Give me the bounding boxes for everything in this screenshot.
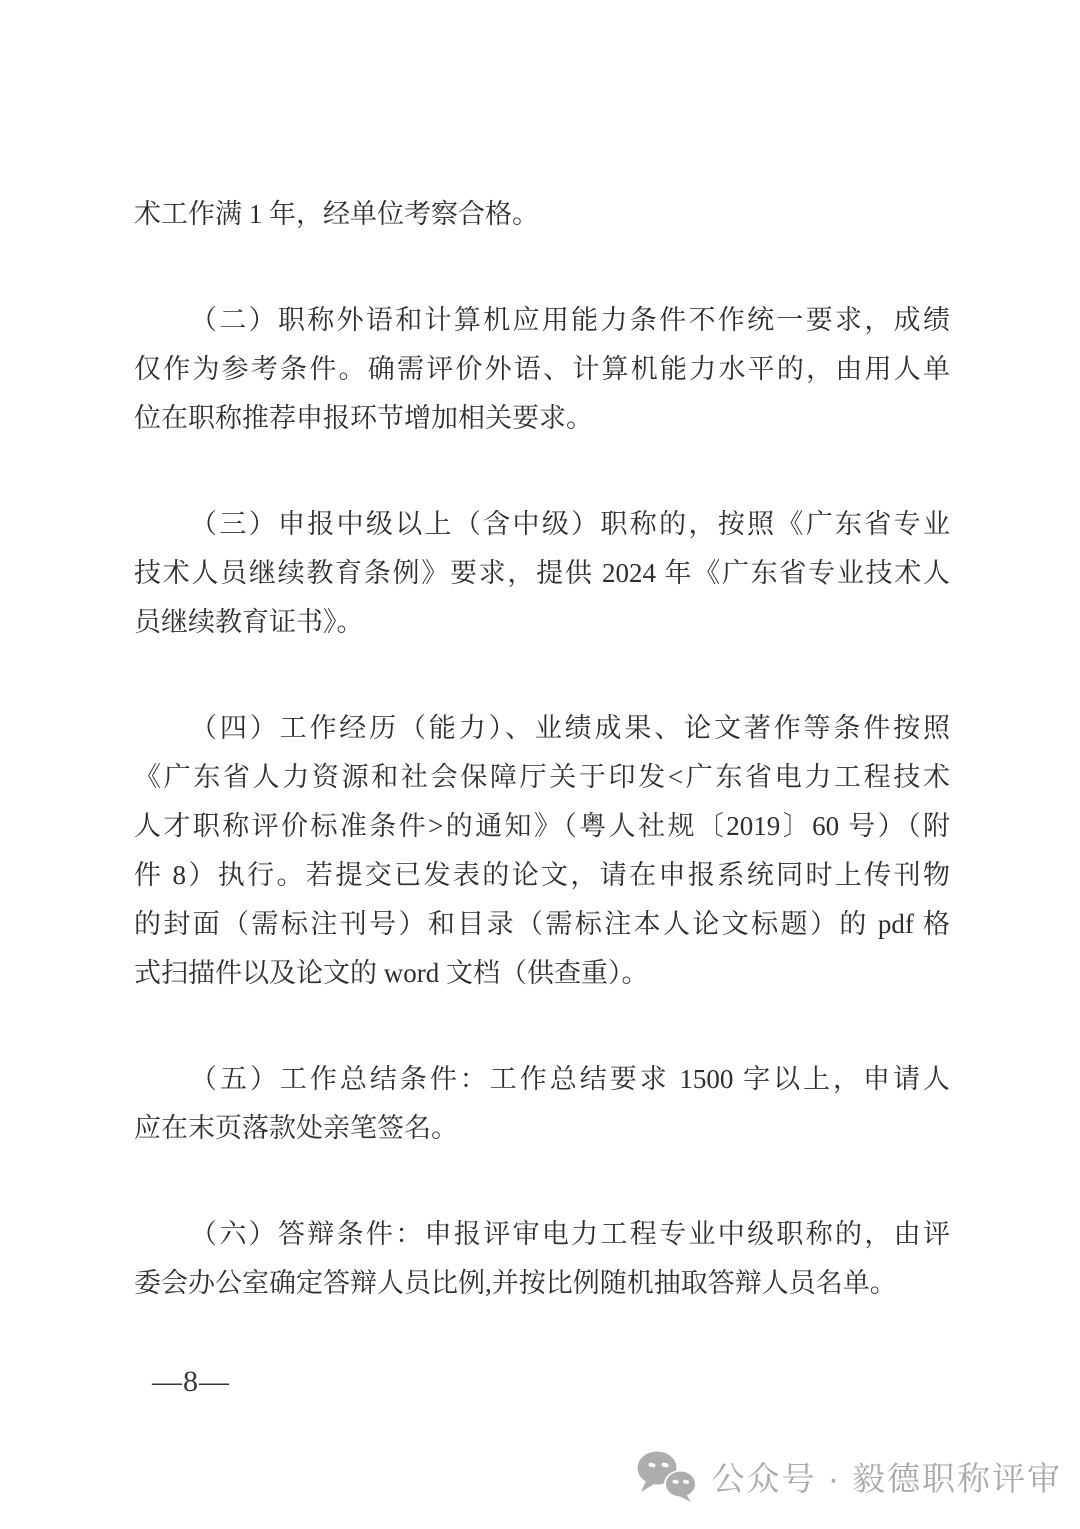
text-line: （二）职称外语和计算机应用能力条件不作统一要求，成绩 (134, 296, 950, 345)
paragraph-1: 术工作满 1 年，经单位考察合格。 (134, 190, 950, 239)
text-line: 件 8）执行。若提交已发表的论文，请在申报系统同时上传刊物 (134, 851, 950, 900)
paragraph-5: （五）工作总结条件：工作总结要求 1500 字以上，申请人 应在末页落款处亲笔签… (134, 1055, 950, 1153)
paragraph-2: （二）职称外语和计算机应用能力条件不作统一要求，成绩 仅作为参考条件。确需评价外… (134, 296, 950, 443)
wechat-account-label: 公众号 · 毅德职称评审 (712, 1453, 1062, 1500)
text-line: （四）工作经历（能力）、业绩成果、论文著作等条件按照 (134, 704, 950, 753)
text-line: 式扫描件以及论文的 word 文档（供查重）。 (134, 949, 950, 998)
text-line: 技术人员继续教育条例》要求，提供 2024 年《广东省专业技术人 (134, 549, 950, 598)
text-line: 位在职称推荐申报环节增加相关要求。 (134, 394, 950, 443)
page-number: —8— (134, 1365, 950, 1399)
text-line: 仅作为参考条件。确需评价外语、计算机能力水平的，由用人单 (134, 345, 950, 394)
text-line: 员继续教育证书》。 (134, 598, 950, 647)
paragraph-6: （六）答辩条件：申报评审电力工程专业中级职称的，由评 委会办公室确定答辩人员比例… (134, 1210, 950, 1308)
text-line: 委会办公室确定答辩人员比例,并按比例随机抽取答辩人员名单。 (134, 1259, 950, 1308)
wechat-icon (634, 1449, 700, 1503)
paragraph-3: （三）申报中级以上（含中级）职称的，按照《广东省专业 技术人员继续教育条例》要求… (134, 500, 950, 647)
text-line: 的封面（需标注刊号）和目录（需标注本人论文标题）的 pdf 格 (134, 900, 950, 949)
footer-watermark: 公众号 · 毅德职称评审 (634, 1449, 1062, 1503)
text-line: 术工作满 1 年，经单位考察合格。 (134, 190, 950, 239)
text-line: 《广东省人力资源和社会保障厅关于印发<广东省电力工程技术 (134, 753, 950, 802)
paragraph-4: （四）工作经历（能力）、业绩成果、论文著作等条件按照 《广东省人力资源和社会保障… (134, 704, 950, 998)
text-line: （三）申报中级以上（含中级）职称的，按照《广东省专业 (134, 500, 950, 549)
text-line: 人才职称评价标准条件>的通知》（粤人社规〔2019〕60 号）（附 (134, 802, 950, 851)
text-line: 应在末页落款处亲笔签名。 (134, 1104, 950, 1153)
text-line: （六）答辩条件：申报评审电力工程专业中级职称的，由评 (134, 1210, 950, 1259)
document-body: 术工作满 1 年，经单位考察合格。 （二）职称外语和计算机应用能力条件不作统一要… (134, 190, 950, 1399)
text-line: （五）工作总结条件：工作总结要求 1500 字以上，申请人 (134, 1055, 950, 1104)
